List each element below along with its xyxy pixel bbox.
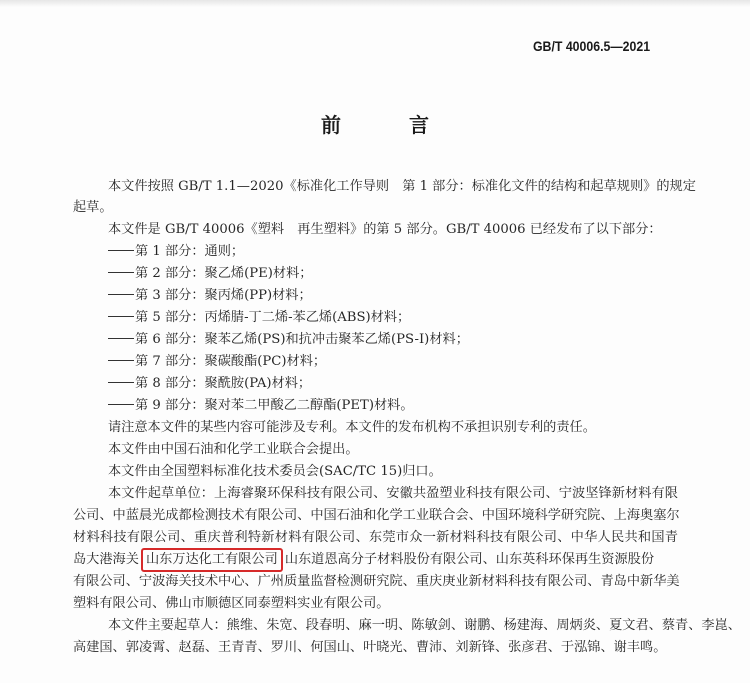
drafting-units-line4: 岛大港海关山东万达化工有限公司山东道恩高分子材料股份有限公司、山东英科环保再生资…: [73, 551, 654, 569]
drafting-units-line5: 有限公司、宁波海关技术中心、广州质量监督检测研究院、重庆庚业新材料科技有限公司、…: [73, 573, 678, 591]
scan-top-shadow: [0, 0, 750, 7]
list-item-part: 第 3 部分：聚丙烯(PP)材料；: [108, 287, 312, 305]
drafting-units-line6: 塑料有限公司、佛山市顺德区同泰塑料实业有限公司。: [73, 595, 390, 613]
paragraph-centralized-by: 本文件由全国塑料标准化技术委员会(SAC/TC 15)归口。: [108, 463, 442, 481]
standard-code: GB/T 40006.5—2021: [533, 38, 650, 54]
drafting-units-line3: 材料科技有限公司、重庆普利特新材料有限公司、东莞市众一新材料科技有限公司、中华人…: [73, 529, 678, 547]
paragraph-patent-notice: 请注意本文件的某些内容可能涉及专利。本文件的发布机构不承担识别专利的责任。: [108, 419, 596, 437]
em-dash-bullet: [108, 404, 134, 405]
list-item-part: 第 7 部分：聚碳酸酯(PC)材料；: [108, 353, 326, 371]
em-dash-bullet: [108, 294, 134, 295]
list-item-part: 第 8 部分：聚酰胺(PA)材料；: [108, 375, 311, 393]
em-dash-bullet: [108, 272, 134, 273]
highlighted-company-box: 山东万达化工有限公司: [141, 548, 283, 572]
em-dash-bullet: [108, 316, 134, 317]
drafters-line2: 高建国、郭凌霄、赵磊、王青青、罗川、何国山、叶晓光、曹沛、刘新锋、张彦君、于泓锦…: [73, 639, 666, 657]
em-dash-bullet: [108, 250, 134, 251]
paragraph-drafting-rules-line1: 本文件按照 GB/T 1.1—2020《标准化工作导则 第 1 部分：标准化文件…: [108, 178, 713, 196]
em-dash-bullet: [108, 382, 134, 383]
paragraph-drafting-rules-line2: 起草。: [73, 199, 113, 217]
drafting-units-line1: 本文件起草单位：上海睿聚环保科技有限公司、安徽共盈塑业科技有限公司、宁波坚锋新材…: [108, 485, 678, 503]
list-item-part: 第 5 部分：丙烯腈-丁二烯-苯乙烯(ABS)材料；: [108, 309, 410, 327]
paragraph-series-intro: 本文件是 GB/T 40006《塑料 再生塑料》的第 5 部分。GB/T 400…: [108, 221, 662, 239]
list-item-part: 第 2 部分：聚乙烯(PE)材料；: [108, 265, 312, 283]
list-item-part: 第 6 部分：聚苯乙烯(PS)和抗冲击聚苯乙烯(PS-I)材料；: [108, 331, 469, 349]
em-dash-bullet: [108, 338, 134, 339]
drafters-line1: 本文件主要起草人：熊维、朱宽、段春明、麻一明、陈敏剑、谢鹏、杨建海、周炳炎、夏文…: [108, 617, 678, 635]
page-title: 前 言: [0, 109, 750, 138]
em-dash-bullet: [108, 360, 134, 361]
list-item-part: 第 1 部分：通则；: [108, 243, 244, 261]
drafting-units-line2: 公司、中蓝晨光成都检测技术有限公司、中国石油和化学工业联合会、中国环境科学研究院…: [73, 507, 678, 525]
paragraph-proposed-by: 本文件由中国石油和化学工业联合会提出。: [108, 441, 359, 459]
list-item-part: 第 9 部分：聚对苯二甲酸乙二醇酯(PET)材料。: [108, 397, 414, 415]
